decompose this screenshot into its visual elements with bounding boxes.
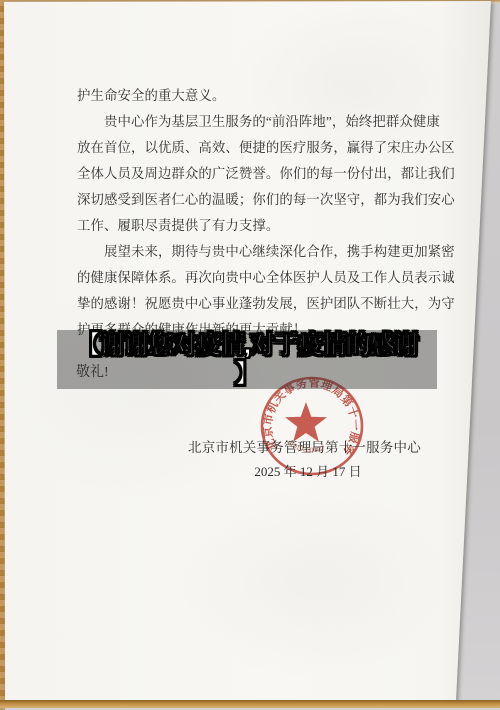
- caption-title-line2: 】: [57, 360, 437, 388]
- date-line: 2025 年 12 月 17 日: [238, 461, 378, 480]
- letter-line: 护生命安全的重大意义。: [77, 83, 441, 109]
- letter-line: 深切感受到医者仁心的温暖；你们的每一次坚守，都为我们安心: [77, 187, 441, 213]
- letter-body: 护生命安全的重大意义。 贵中心作为基层卫生服务的“前沿阵地”，始终把群众健康 放…: [77, 83, 441, 343]
- letter-line: 工作、履职尽责提供了有力支撑。: [77, 213, 441, 239]
- letter-line: 展望未来，期待与贵中心继续深化合作，携手构建更加紧密: [77, 239, 441, 265]
- desk-edge-bottom: [0, 700, 500, 708]
- signature-line: 北京市机关事务管理局第十一服务中心: [188, 436, 418, 456]
- caption-title-line1: 【谢谢您对疫情,对于疫情的感谢: [57, 330, 437, 360]
- caption-overlay: 【谢谢您对疫情,对于疫情的感谢 】: [57, 330, 437, 389]
- letter-photo: 护生命安全的重大意义。 贵中心作为基层卫生服务的“前沿阵地”，始终把群众健康 放…: [0, 0, 500, 710]
- letter-line: 放在首位，以优质、高效、便捷的医疗服务，赢得了宋庄办公区: [77, 135, 441, 161]
- letter-line: 全体人员及周边群众的广泛赞誉。你们的每一份付出，都让我们: [77, 161, 441, 187]
- letter-line: 挚的感谢！祝愿贵中心事业蓬勃发展，医护团队不断壮大，为守: [77, 291, 441, 317]
- letter-line: 贵中心作为基层卫生服务的“前沿阵地”，始终把群众健康: [77, 109, 441, 135]
- letter-line: 的健康保障体系。再次向贵中心全体医护人员及工作人员表示诚: [77, 265, 441, 291]
